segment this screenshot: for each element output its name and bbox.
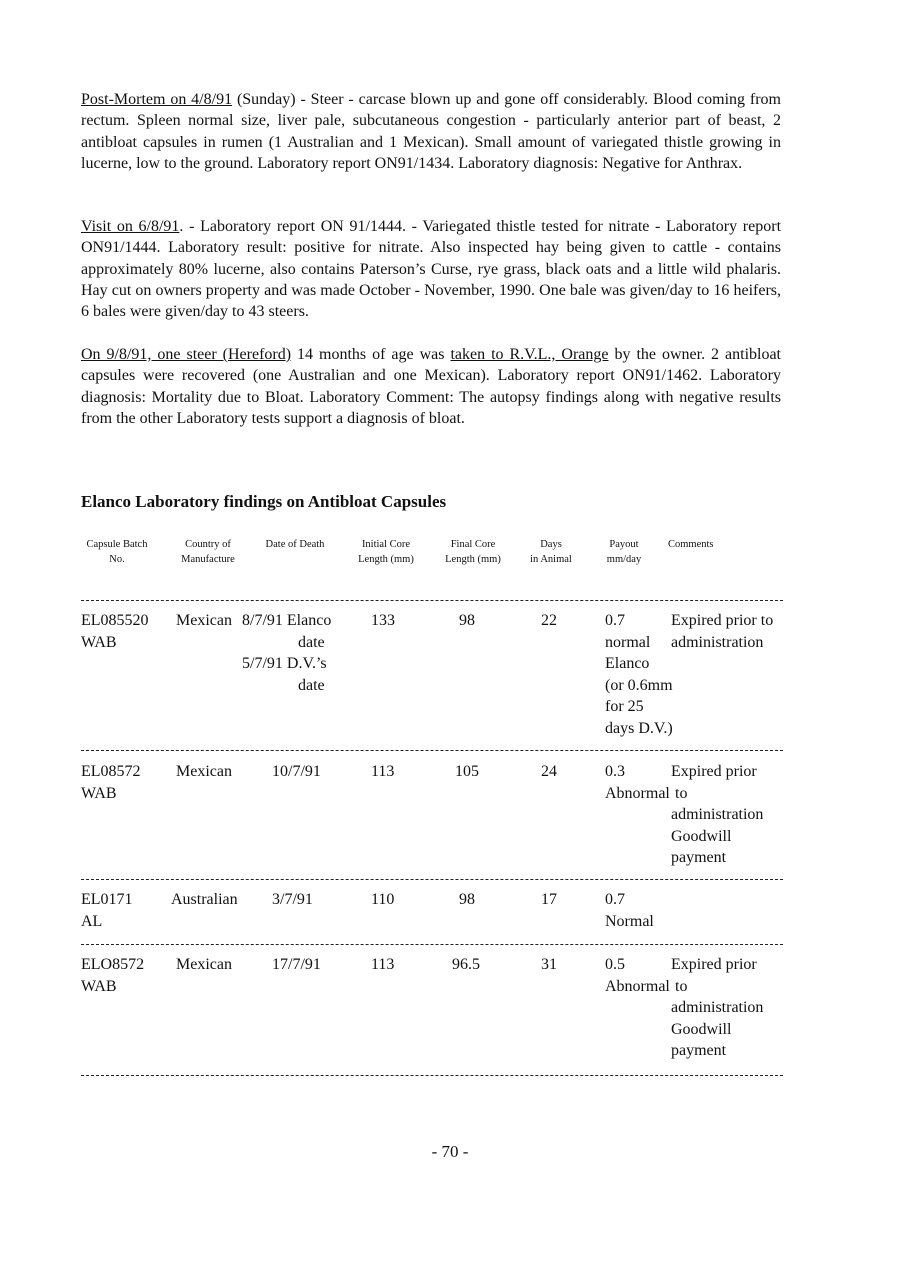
column-header: Final CoreLength (mm) (435, 537, 511, 567)
column-header: Daysin Animal (520, 537, 582, 567)
cell-batch: EL085520 WAB (81, 610, 149, 653)
cell-batch: EL08572 WAB (81, 761, 141, 804)
cell-days: 22 (541, 610, 557, 632)
cell-payout: 0.7 normal Elanco (or 0.6mm for 25 days … (605, 610, 673, 740)
cell-payout: 0.7 Normal (605, 889, 654, 932)
paragraph-visit: Visit on 6/8/91. - Laboratory report ON … (81, 216, 781, 322)
cell-final: 98 (459, 889, 475, 911)
column-header: Capsule BatchNo. (81, 537, 153, 567)
cell-days: 24 (541, 761, 557, 783)
paragraph-post-mortem: Post-Mortem on 4/8/91 (Sunday) - Steer -… (81, 89, 781, 174)
rvl-mid: 14 months of age was (291, 346, 450, 363)
row-divider (81, 600, 783, 601)
column-header: Initial CoreLength (mm) (350, 537, 422, 567)
cell-country: Australian (171, 889, 238, 911)
cell-date: 17/7/91 (272, 954, 321, 976)
row-divider (81, 750, 783, 751)
column-header: Comments (668, 537, 728, 552)
cell-comments: Expired prior to administration Goodwill… (671, 761, 763, 869)
cell-country: Mexican (176, 954, 232, 976)
table-title: Elanco Laboratory findings on Antibloat … (81, 492, 446, 512)
row-divider (81, 1075, 783, 1076)
column-header: Payoutmm/day (600, 537, 648, 567)
cell-final: 98 (459, 610, 475, 632)
row-divider (81, 944, 783, 945)
rvl-heading: On 9/8/91, one steer (Hereford) (81, 346, 291, 363)
post-mortem-heading: Post-Mortem on 4/8/91 (81, 91, 232, 108)
cell-batch: EL0171 AL (81, 889, 133, 932)
cell-payout: 0.5 Abnormal (605, 954, 670, 997)
cell-initial: 113 (371, 761, 394, 783)
cell-country: Mexican (176, 610, 232, 632)
cell-date: 8/7/91 Elanco date 5/7/91 D.V.’s date (242, 610, 331, 696)
cell-payout: 0.3 Abnormal (605, 761, 670, 804)
cell-date: 10/7/91 (272, 761, 321, 783)
page-number: - 70 - (0, 1142, 900, 1162)
cell-final: 96.5 (452, 954, 480, 976)
cell-comments: Expired prior to administration (671, 610, 773, 653)
rvl-location: taken to R.V.L., Orange (450, 346, 608, 363)
cell-initial: 113 (371, 954, 394, 976)
cell-batch: ELO8572 WAB (81, 954, 144, 997)
visit-text: . - Laboratory report ON 91/1444. - Vari… (81, 218, 781, 320)
cell-country: Mexican (176, 761, 232, 783)
row-divider (81, 879, 783, 880)
column-header: Date of Death (256, 537, 334, 552)
cell-initial: 110 (371, 889, 394, 911)
visit-heading: Visit on 6/8/91 (81, 218, 179, 235)
cell-date: 3/7/91 (272, 889, 313, 911)
cell-comments: Expired prior to administration Goodwill… (671, 954, 763, 1062)
cell-initial: 133 (371, 610, 395, 632)
cell-days: 31 (541, 954, 557, 976)
cell-final: 105 (455, 761, 479, 783)
column-header: Country ofManufacture (170, 537, 246, 567)
paragraph-rvl: On 9/8/91, one steer (Hereford) 14 month… (81, 344, 781, 429)
cell-days: 17 (541, 889, 557, 911)
